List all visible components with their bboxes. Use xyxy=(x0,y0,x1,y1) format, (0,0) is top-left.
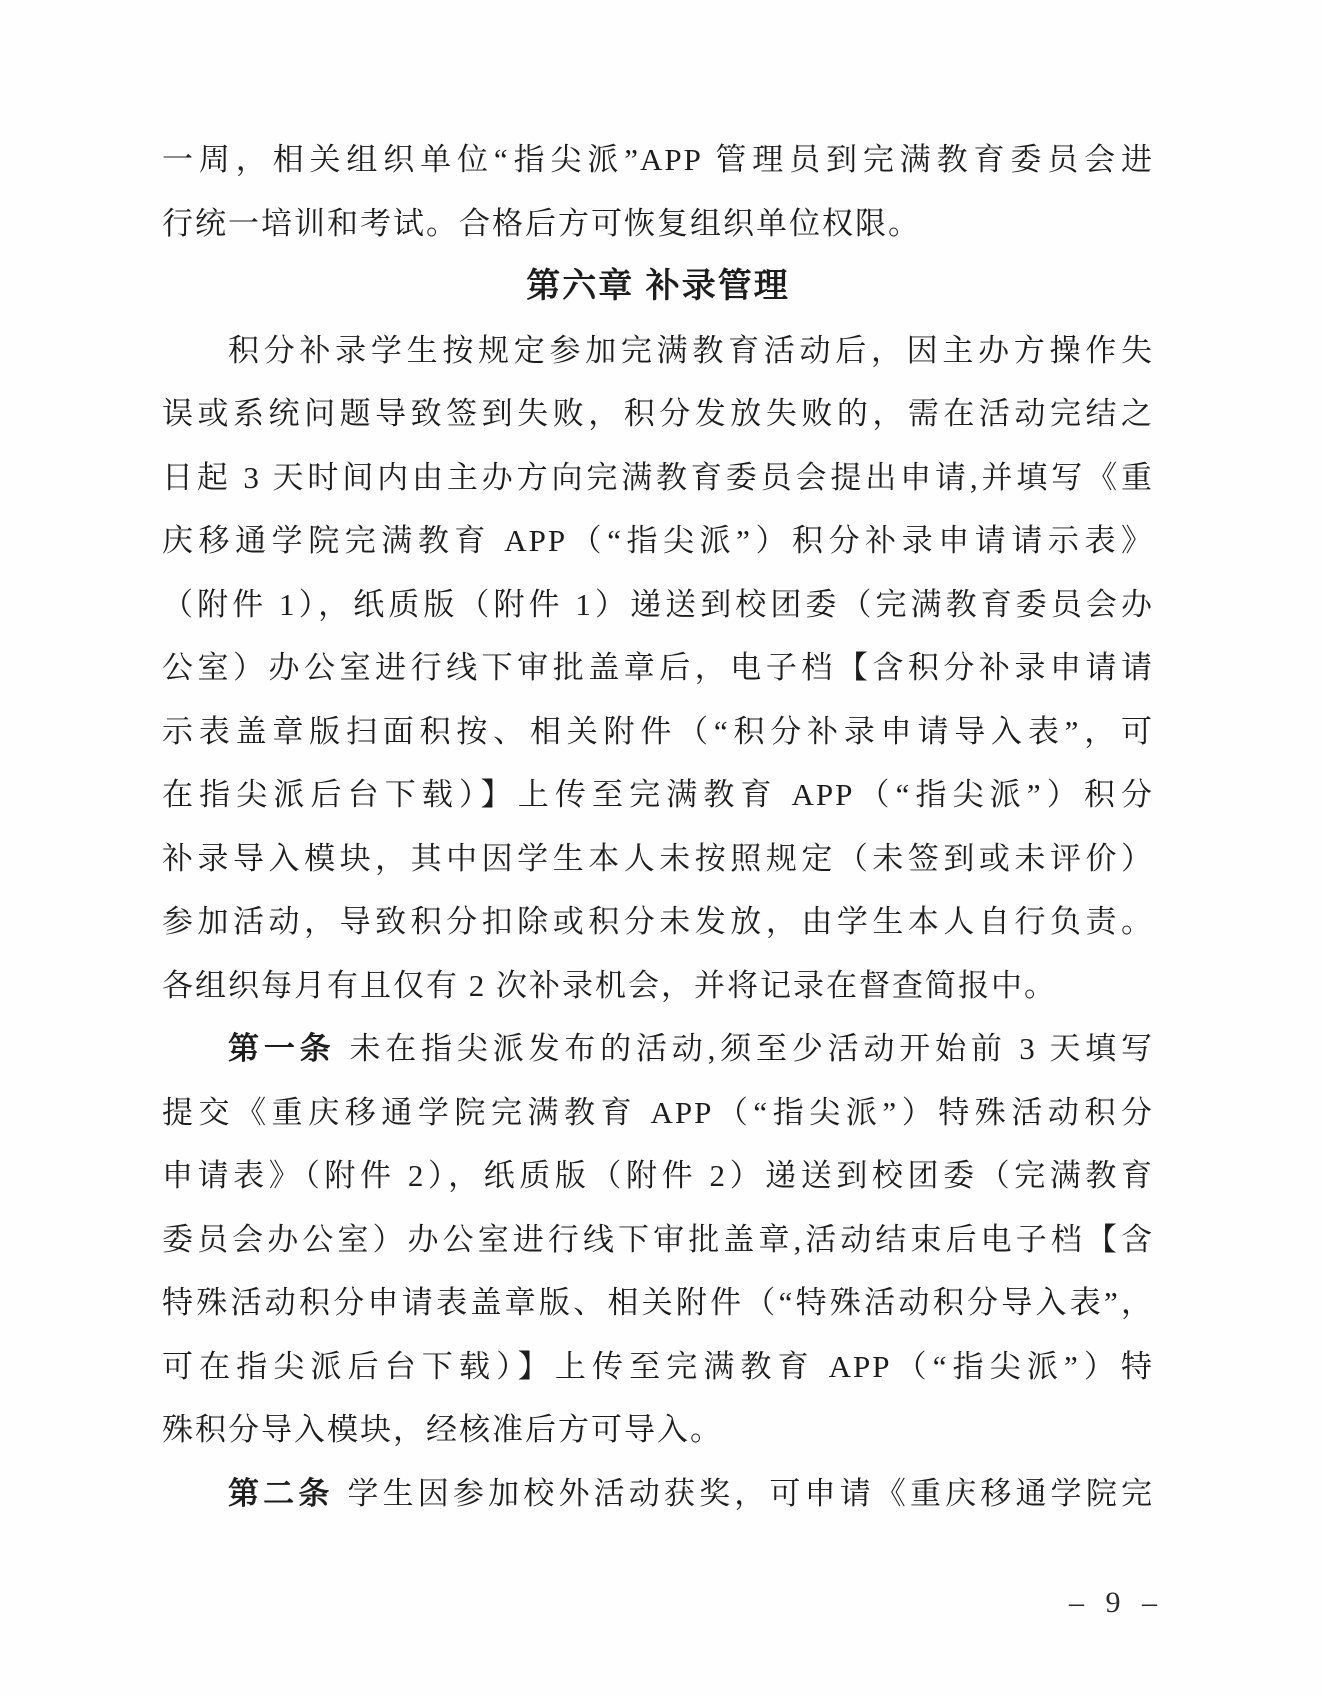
body-line: 庆移通学院完满教育 APP（“指尖派”）积分补录申请请示表》 xyxy=(162,509,1154,573)
body-line: 积分补录学生按规定参加完满教育活动后，因主办方操作失 xyxy=(162,319,1154,383)
body-line: 补录导入模块，其中因学生本人未按照规定（未签到或未评价） xyxy=(162,827,1154,891)
body-line-text: 日起 3 天时间内由主办方向完满教育委员会提出申请,并填写《重 xyxy=(162,460,1154,495)
body-line: 殊积分导入模块，经核准后方可导入。 xyxy=(162,1398,1154,1462)
page-number: – 9 – xyxy=(1069,1586,1164,1620)
article-label: 第二条 xyxy=(228,1476,333,1511)
body-line: 行统一培训和考试。合格后方可恢复组织单位权限。 xyxy=(162,192,1154,256)
body-line-text: 积分补录学生按规定参加完满教育活动后，因主办方操作失 xyxy=(228,333,1154,368)
body-line-text: 补录导入模块，其中因学生本人未按照规定（未签到或未评价） xyxy=(162,841,1154,876)
body-line-text: 未在指尖派发布的活动,须至少活动开始前 3 天填写 xyxy=(349,1031,1154,1066)
body-line: 在指尖派后台下载）】上传至完满教育 APP（“指尖派”）积分 xyxy=(162,763,1154,827)
body-line: 示表盖章版扫面积按、相关附件（“积分补录申请导入表”，可 xyxy=(162,700,1154,764)
body-line-text: 委员会办公室）办公室进行线下审批盖章,活动结束后电子档【含 xyxy=(162,1222,1154,1257)
body-line-text: 殊积分导入模块，经核准后方可导入。 xyxy=(162,1412,723,1447)
body-line-text: 示表盖章版扫面积按、相关附件（“积分补录申请导入表”，可 xyxy=(162,714,1154,749)
body-line-text: 庆移通学院完满教育 APP（“指尖派”）积分补录申请请示表》 xyxy=(162,523,1154,558)
document-page: 一周，相关组织单位“指尖派”APP 管理员到完满教育委员会进 行统一培训和考试。… xyxy=(0,0,1322,1696)
body-line: 一周，相关组织单位“指尖派”APP 管理员到完满教育委员会进 xyxy=(162,128,1154,192)
body-line-text: 行统一培训和考试。合格后方可恢复组织单位权限。 xyxy=(162,206,921,241)
body-line: 各组织每月有且仅有 2 次补录机会，并将记录在督查简报中。 xyxy=(162,954,1154,1018)
article-label: 第一条 xyxy=(228,1031,335,1066)
body-line: 委员会办公室）办公室进行线下审批盖章,活动结束后电子档【含 xyxy=(162,1208,1154,1272)
body-line: 第一条未在指尖派发布的活动,须至少活动开始前 3 天填写 xyxy=(162,1017,1154,1081)
body-line-text: 误或系统问题导致签到失败，积分发放失败的，需在活动完结之 xyxy=(162,396,1154,431)
document-body: 一周，相关组织单位“指尖派”APP 管理员到完满教育委员会进 行统一培训和考试。… xyxy=(162,128,1154,1525)
body-line-text: 在指尖派后台下载）】上传至完满教育 APP（“指尖派”）积分 xyxy=(162,777,1154,812)
body-line-text: （附件 1），纸质版（附件 1）递送到校团委（完满教育委员会办 xyxy=(162,587,1154,622)
body-line: 公室）办公室进行线下审批盖章后，电子档【含积分补录申请请 xyxy=(162,636,1154,700)
body-line-text: 学生因参加校外活动获奖，可申请《重庆移通学院完 xyxy=(347,1476,1154,1511)
body-line: 申请表》（附件 2），纸质版（附件 2）递送到校团委（完满教育 xyxy=(162,1144,1154,1208)
body-line-text: 各组织每月有且仅有 2 次补录机会，并将记录在督查简报中。 xyxy=(162,968,1057,1003)
body-line-text: 可在指尖派后台下载）】上传至完满教育 APP（“指尖派”）特 xyxy=(162,1349,1154,1384)
body-line-text: 公室）办公室进行线下审批盖章后，电子档【含积分补录申请请 xyxy=(162,650,1154,685)
body-line: 可在指尖派后台下载）】上传至完满教育 APP（“指尖派”）特 xyxy=(162,1335,1154,1399)
body-line-text: 一周，相关组织单位“指尖派”APP 管理员到完满教育委员会进 xyxy=(162,142,1154,177)
body-line: 提交《重庆移通学院完满教育 APP（“指尖派”）特殊活动积分 xyxy=(162,1081,1154,1145)
body-line: 参加活动，导致积分扣除或积分未发放，由学生本人自行负责。 xyxy=(162,890,1154,954)
body-line-text: 特殊活动积分申请表盖章版、相关附件（“特殊活动积分导入表”， xyxy=(162,1285,1154,1320)
body-line-text: 参加活动，导致积分扣除或积分未发放，由学生本人自行负责。 xyxy=(162,904,1154,939)
body-line: （附件 1），纸质版（附件 1）递送到校团委（完满教育委员会办 xyxy=(162,573,1154,637)
body-line: 误或系统问题导致签到失败，积分发放失败的，需在活动完结之 xyxy=(162,382,1154,446)
chapter-heading: 第六章 补录管理 xyxy=(162,255,1154,319)
body-line-text: 申请表》（附件 2），纸质版（附件 2）递送到校团委（完满教育 xyxy=(162,1158,1154,1193)
body-line-text: 提交《重庆移通学院完满教育 APP（“指尖派”）特殊活动积分 xyxy=(162,1095,1154,1130)
body-line: 第二条学生因参加校外活动获奖，可申请《重庆移通学院完 xyxy=(162,1462,1154,1526)
body-line: 特殊活动积分申请表盖章版、相关附件（“特殊活动积分导入表”， xyxy=(162,1271,1154,1335)
body-line: 日起 3 天时间内由主办方向完满教育委员会提出申请,并填写《重 xyxy=(162,446,1154,510)
